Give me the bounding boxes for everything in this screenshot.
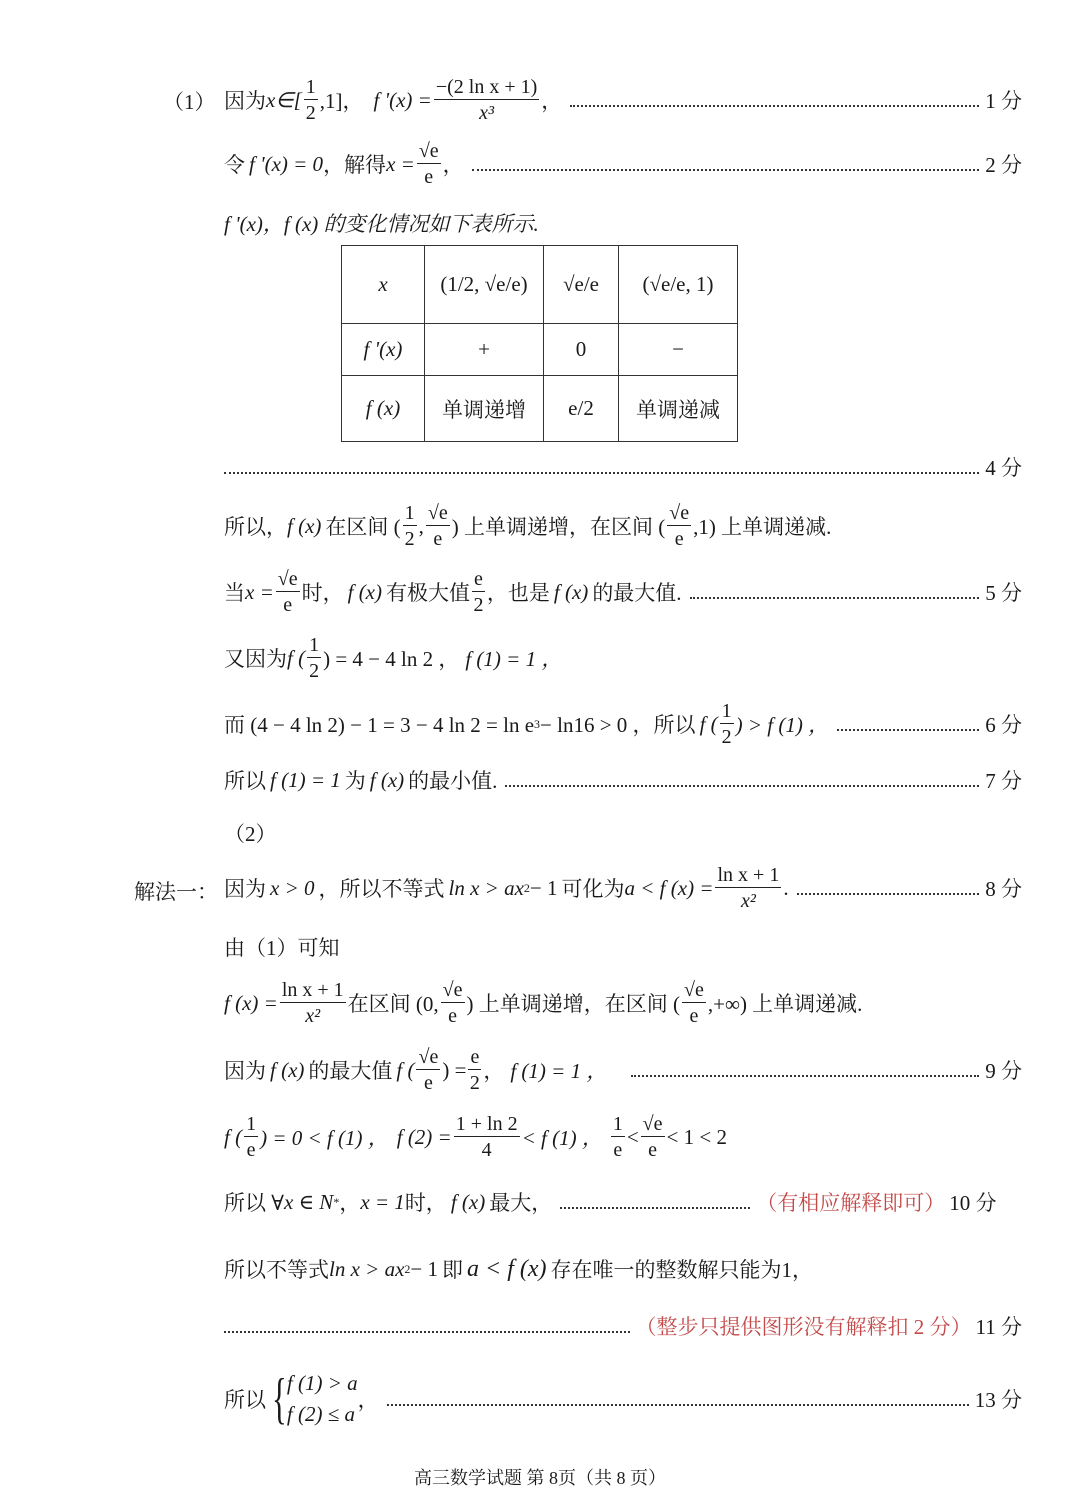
den: x³ [479, 100, 494, 123]
math: < [627, 1125, 639, 1150]
den: e [433, 526, 442, 549]
fraction: −(2 ln x + 1)x³ [434, 77, 539, 123]
part2-line8: （整步只提供图形没有解释扣 2 分） 11 分 [224, 1310, 1022, 1342]
fraction: ln x + 1x² [715, 865, 781, 911]
text: ， [339, 1187, 360, 1217]
part2-line7: 所以不等式 ln x > ax2 − 1 即 a < f (x) 存在唯一的整数… [224, 1252, 1022, 1286]
cell: (1/2, √e/e) [425, 246, 544, 324]
cell: f (x) [342, 376, 425, 442]
text: 存在唯一的整数解只能为1， [551, 1254, 814, 1284]
leader-dots [797, 893, 980, 895]
math: f '(x) = 0 [249, 152, 323, 177]
den: e [283, 592, 292, 615]
math: f (x) [451, 1190, 485, 1215]
math: − 1 [530, 876, 558, 901]
text: 时， [302, 577, 344, 607]
num: 1 [304, 77, 318, 100]
score: 1 分 [985, 85, 1022, 115]
math: ,1]， [320, 85, 364, 115]
fraction: √ee [667, 503, 691, 549]
math: f (x) [287, 514, 321, 539]
den: e [675, 526, 684, 549]
num: √e [441, 980, 465, 1003]
num: −(2 ln x + 1) [434, 77, 539, 100]
math: f (1) = 1 ， [465, 643, 562, 673]
math: ) > f (1) ， [736, 709, 830, 739]
num: ln x + 1 [715, 865, 781, 888]
num: e [468, 1047, 481, 1070]
den: e [690, 1003, 699, 1026]
text: ， [541, 85, 562, 115]
math: ) = 4 − 4 ln 2 ， [323, 643, 459, 673]
text: 因为 [224, 873, 266, 903]
fraction: √ee [641, 1114, 665, 1160]
num: ln x + 1 [280, 980, 346, 1003]
score: 5 分 [985, 577, 1022, 607]
math: f (x) [370, 768, 404, 793]
score: 13 分 [975, 1384, 1022, 1414]
num: 1 [611, 1114, 625, 1137]
leader-dots [570, 105, 979, 107]
num: √e [682, 980, 706, 1003]
fraction: √ee [276, 569, 300, 615]
math: ln x > ax [449, 876, 524, 901]
part1-line6: 当 x = √ee 时， f (x) 有极大值 e2 ，也是 f (x) 的最大… [224, 564, 1022, 620]
den: x² [741, 888, 756, 911]
den: e [424, 164, 433, 187]
math: < 1 < 2 [667, 1125, 727, 1150]
math: − ln16 > 0 ，所以 [540, 709, 696, 739]
text: ，所以不等式 [319, 873, 445, 903]
score: 9 分 [985, 1055, 1022, 1085]
fraction: e2 [472, 569, 485, 615]
text: . [783, 876, 788, 901]
num: √e [667, 503, 691, 526]
part2-line5: f ( 1e ) = 0 < f (1) ， f (2) = 1 + ln 24… [224, 1108, 1022, 1166]
fraction: 12 [720, 701, 734, 747]
text: 所以 ∀ [224, 1187, 284, 1217]
math: ) = [442, 1058, 466, 1083]
cell: √e/e [544, 246, 619, 324]
text: 又因为 [224, 643, 287, 673]
math: f (x) = [224, 991, 278, 1016]
text: 有极大值 [386, 577, 470, 607]
cell: e/2 [544, 376, 619, 442]
fraction: 1 + ln 24 [454, 1114, 520, 1160]
inequality: f (2) ≤ a [287, 1399, 358, 1431]
score: 7 分 [985, 765, 1022, 795]
score: 10 分 [949, 1187, 996, 1217]
num: 1 [720, 701, 734, 724]
leader-dots [837, 729, 979, 731]
score: 6 分 [985, 709, 1022, 739]
math: x = [245, 580, 274, 605]
fraction: √ee [426, 503, 450, 549]
math: x = 1 [360, 1190, 405, 1215]
cell: (√e/e, 1) [619, 246, 738, 324]
leader-dots [387, 1404, 969, 1406]
leader-dots [560, 1207, 750, 1209]
cell: f '(x) [342, 324, 425, 376]
text: 最大， [489, 1187, 552, 1217]
fraction: 12 [307, 635, 321, 681]
leader-dots [224, 1331, 630, 1333]
text: ,1) 上单调递减. [693, 511, 831, 541]
cell: x [342, 246, 425, 324]
text: 在区间 ( [325, 511, 400, 541]
fraction: 1e [244, 1114, 258, 1160]
leader-dots [631, 1075, 979, 1077]
part1-line3: f '(x)，f (x) 的变化情况如下表所示. [224, 208, 1022, 238]
text: 的最小值. [408, 765, 497, 795]
grading-note: （有相应解释即可） [756, 1187, 945, 1217]
part2-line9: 所以 { f (1) > a f (2) ≤ a ， 13 分 [224, 1366, 1022, 1432]
math: − 1 [410, 1257, 438, 1282]
grading-note: （整步只提供图形没有解释扣 2 分） [636, 1311, 972, 1341]
text: 所以 [224, 1384, 266, 1414]
math: f (2) = [397, 1125, 452, 1150]
math: ln x > ax [329, 1257, 404, 1282]
cell: − [619, 324, 738, 376]
fraction: e2 [468, 1047, 481, 1093]
text: 的最大值 [308, 1055, 392, 1085]
math: f ( [700, 712, 718, 737]
fraction: 12 [304, 77, 318, 123]
cell: 单调递减 [619, 376, 738, 442]
text: 所以， [224, 511, 287, 541]
den: 4 [482, 1137, 492, 1160]
den: 2 [309, 658, 319, 681]
leader-dots [505, 785, 979, 787]
num: √e [276, 569, 300, 592]
score: 2 分 [985, 149, 1022, 179]
fraction: 12 [403, 503, 417, 549]
math: f (1) = 1 ， [510, 1055, 607, 1085]
page-footer: 高三数学试题 第 8页（共 8 页） [0, 1464, 1080, 1490]
math: f (x) [348, 580, 382, 605]
fraction: 1e [611, 1114, 625, 1160]
den: 2 [473, 592, 483, 615]
part1-line4: 4 分 [224, 452, 1022, 482]
leader-dots [224, 472, 979, 474]
part1-line1: 因为 x∈[ 12 ,1]， f '(x) = −(2 ln x + 1)x³ … [224, 72, 1022, 128]
den: 2 [470, 1070, 480, 1093]
cell: + [425, 324, 544, 376]
num: e [472, 569, 485, 592]
text: 因为 [224, 85, 266, 115]
text: ) 上单调递增，在区间 ( [452, 511, 666, 541]
den: e [247, 1137, 256, 1160]
part2-label: （2） [224, 818, 277, 848]
fraction: √ee [441, 980, 465, 1026]
part2-line4: 因为 f (x) 的最大值 f ( √ee ) = e2 ， f (1) = 1… [224, 1042, 1022, 1098]
part1-line2: 令 f '(x) = 0 ，解得 x = √ee ， 2 分 [224, 136, 1022, 192]
leader-dots [472, 169, 980, 171]
text: 令 [224, 149, 245, 179]
text: f '(x)，f (x) 的变化情况如下表所示. [224, 208, 539, 238]
text: 因为 [224, 1055, 266, 1085]
math: f (x) [554, 580, 588, 605]
fraction: √ee [682, 980, 706, 1026]
num: √e [641, 1114, 665, 1137]
den: e [424, 1070, 433, 1093]
score: 4 分 [985, 452, 1022, 482]
den: 2 [306, 100, 316, 123]
num: √e [416, 1047, 440, 1070]
math: < f (1) ， [522, 1122, 603, 1152]
text: 在区间 (0, [348, 988, 439, 1018]
fraction: ln x + 1x² [280, 980, 346, 1026]
text: 时， [405, 1187, 447, 1217]
math: ) = 0 < f (1) ， [260, 1122, 389, 1152]
math: 而 (4 − 4 ln 2) − 1 = 3 − 4 ln 2 = ln e [224, 709, 534, 739]
system-of-inequalities: { f (1) > a f (2) ≤ a [266, 1368, 358, 1431]
leader-dots [690, 597, 980, 599]
part1-line9: 所以 f (1) = 1 为 f (x) 的最小值. 7 分 [224, 765, 1022, 795]
text: ， [443, 149, 464, 179]
num: √e [426, 503, 450, 526]
num: 1 [307, 635, 321, 658]
math: f (x) [270, 1058, 304, 1083]
math: f ( [224, 1125, 242, 1150]
text: ，解得 [323, 149, 386, 179]
text: ， [483, 1055, 504, 1085]
den: 2 [722, 724, 732, 747]
cell: 0 [544, 324, 619, 376]
part1-label: （1） [163, 86, 216, 116]
text: ， [358, 1384, 379, 1414]
part2-line2: 由（1）可知 [224, 932, 1022, 962]
fraction: √ee [417, 141, 441, 187]
num: 1 + ln 2 [454, 1114, 520, 1137]
text: ，也是 [487, 577, 550, 607]
den: e [648, 1137, 657, 1160]
part1-line7: 又因为 f ( 12 ) = 4 − 4 ln 2 ， f (1) = 1 ， [224, 630, 1022, 686]
part2-line6: 所以 ∀ x ∈ N* ， x = 1 时， f (x) 最大， （有相应解释即… [224, 1186, 1022, 1218]
cell: 单调递增 [425, 376, 544, 442]
math: x > 0 [270, 876, 315, 901]
text: 所以 [224, 765, 266, 795]
text: 可化为 [562, 873, 625, 903]
part2-line3: f (x) = ln x + 1x² 在区间 (0, √ee ) 上单调递增，在… [224, 974, 1022, 1032]
fraction: √ee [416, 1047, 440, 1093]
text: ) 上单调递增，在区间 ( [467, 988, 681, 1018]
text: ,+∞) 上单调递减. [708, 988, 863, 1018]
text: 即 [442, 1254, 463, 1284]
text: 所以不等式 [224, 1254, 329, 1284]
part1-line5: 所以， f (x) 在区间 ( 12, √ee ) 上单调递增，在区间 ( √e… [224, 498, 1022, 554]
num: √e [417, 141, 441, 164]
den: e [448, 1003, 457, 1026]
math: f ( [287, 646, 305, 671]
inequality: f (1) > a [287, 1368, 358, 1400]
text: 为 [345, 765, 366, 795]
left-brace-icon: { [272, 1371, 287, 1427]
math: a < f (x) [467, 1256, 547, 1283]
num: 1 [403, 503, 417, 526]
den: x² [305, 1003, 320, 1026]
math: x ∈ N [284, 1190, 333, 1215]
math: f ( [396, 1058, 414, 1083]
score: 11 分 [976, 1311, 1022, 1341]
num: 1 [244, 1114, 258, 1137]
method-label: 解法一： [134, 876, 218, 906]
math: f (1) = 1 [270, 768, 341, 793]
score: 8 分 [985, 873, 1022, 903]
math: x∈[ [266, 88, 302, 113]
math: f '(x) = [374, 88, 432, 113]
den: 2 [405, 526, 415, 549]
math: a < f (x) = [625, 876, 714, 901]
text: 当 [224, 577, 245, 607]
part1-line8: 而 (4 − 4 ln 2) − 1 = 3 − 4 ln 2 = ln e3 … [224, 696, 1022, 752]
text: 的最大值. [592, 577, 681, 607]
part2-line1: 因为 x > 0 ，所以不等式 ln x > ax2 − 1 可化为 a < f… [224, 858, 1022, 918]
math: x = [386, 152, 415, 177]
den: e [613, 1137, 622, 1160]
text: 由（1）可知 [224, 932, 340, 962]
variation-table: x (1/2, √e/e) √e/e (√e/e, 1) f '(x) + 0 … [341, 245, 738, 442]
